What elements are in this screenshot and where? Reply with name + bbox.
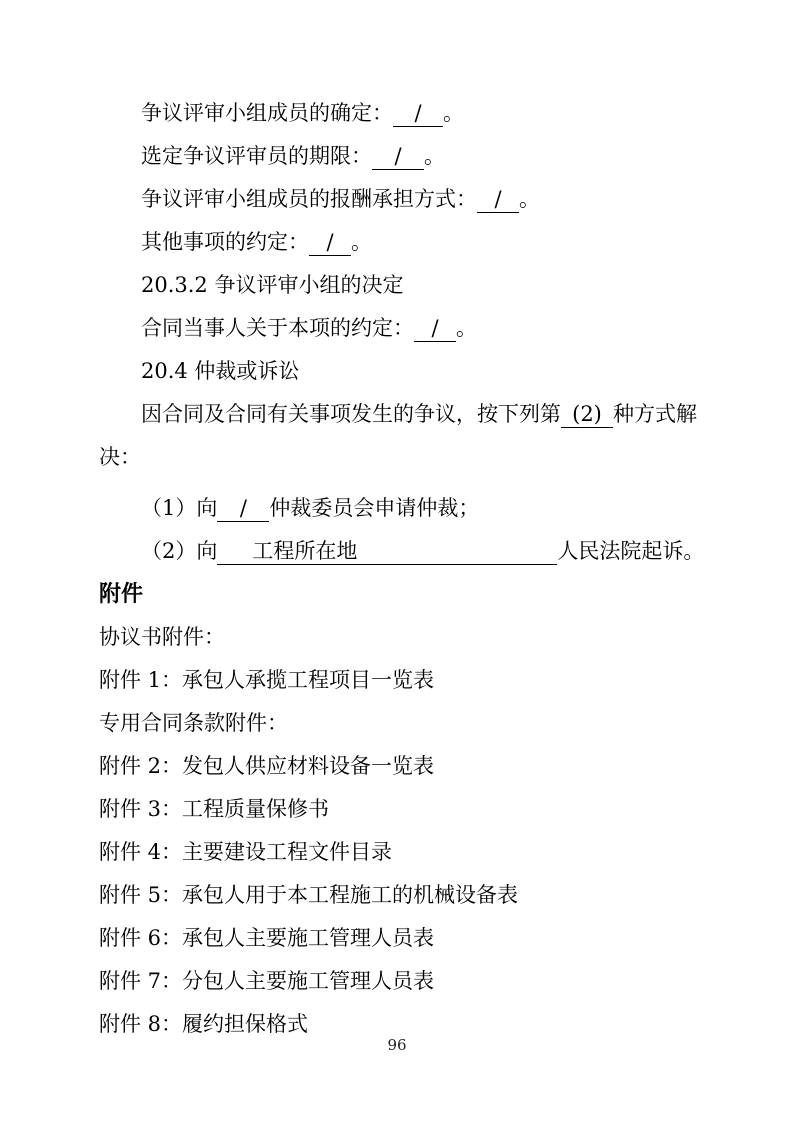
text-run: 。 (456, 316, 477, 340)
agreement-attachments-label: 协议书附件： (99, 616, 704, 659)
dispute-resolution-method-line-2: 决： (99, 436, 704, 479)
dispute-panel-member-determination: 争议评审小组成员的确定：/。 (99, 92, 704, 135)
text-run: 附件 3：工程质量保修书 (99, 797, 329, 821)
text-run: （2）向 (141, 539, 217, 563)
text-run: 争议评审小组成员的报酬承担方式： (141, 187, 477, 211)
review-member-selection-period: 选定争议评审员的期限：/。 (99, 135, 704, 178)
party-agreement-on-item: 合同当事人关于本项的约定：/。 (99, 307, 704, 350)
fill-in-blank-underline: / (372, 143, 424, 170)
text-run: 其他事项的约定： (141, 230, 309, 254)
attachment-5: 附件 5：承包人用于本工程施工的机械设备表 (99, 874, 704, 917)
option-1-arbitration: （1）向/仲裁委员会申请仲裁； (99, 487, 704, 530)
text-run: 附件 6：承包人主要施工管理人员表 (99, 926, 434, 950)
text-run: 。 (424, 144, 445, 168)
special-terms-attachments-label: 专用合同条款附件： (99, 702, 704, 745)
text-run: 协议书附件： (99, 625, 225, 649)
text-run: 。 (519, 187, 540, 211)
clause-20-3-2-heading: 20.3.2 争议评审小组的决定 (99, 264, 704, 307)
fill-in-blank-underline (217, 538, 252, 565)
fill-in-blank-underline: / (414, 315, 456, 342)
fill-in-blank-underline: / (393, 100, 443, 127)
text-run: 附件 7：分包人主要施工管理人员表 (99, 969, 434, 993)
text-run: 。 (443, 101, 464, 125)
text-run: 附件 2：发包人供应材料设备一览表 (99, 754, 434, 778)
text-run: （1）向 (141, 496, 217, 520)
attachment-7: 附件 7：分包人主要施工管理人员表 (99, 960, 704, 1003)
text-run: 附件 4：主要建设工程文件目录 (99, 840, 392, 864)
fill-in-blank-underline: / (217, 495, 269, 522)
text-run: 因合同及合同有关事项发生的争议，按下列第 (141, 402, 561, 426)
text-run: 。 (351, 230, 372, 254)
text-run: 附件 (99, 581, 143, 607)
text-run: 种方式解 (613, 402, 697, 426)
attachment-1: 附件 1：承包人承揽工程项目一览表 (99, 659, 704, 702)
dispute-resolution-method-line-1: 因合同及合同有关事项发生的争议，按下列第(2)种方式解 (99, 393, 704, 436)
remuneration-bearing-method: 争议评审小组成员的报酬承担方式：/。 (99, 178, 704, 221)
text-run: 附件 1：承包人承揽工程项目一览表 (99, 668, 434, 692)
text-run: 附件 8：履约担保格式 (99, 1012, 308, 1036)
text-run: 争议评审小组成员的确定： (141, 101, 393, 125)
text-run: 选定争议评审员的期限： (141, 144, 372, 168)
text-run: 合同当事人关于本项的约定： (141, 316, 414, 340)
fill-in-blank-underline: 工程所在地 (252, 538, 357, 565)
text-run: 附件 5：承包人用于本工程施工的机械设备表 (99, 883, 518, 907)
attachment-3: 附件 3：工程质量保修书 (99, 788, 704, 831)
attachments-heading: 附件 (99, 573, 704, 616)
other-matters-agreement: 其他事项的约定：/。 (99, 221, 704, 264)
contract-document-page: 争议评审小组成员的确定：/。选定争议评审员的期限：/。争议评审小组成员的报酬承担… (0, 0, 794, 1122)
attachment-2: 附件 2：发包人供应材料设备一览表 (99, 745, 704, 788)
text-run: 专用合同条款附件： (99, 711, 288, 735)
fill-in-blank-underline: / (477, 186, 519, 213)
fill-in-blank-underline: (2) (561, 401, 613, 428)
fill-in-blank-underline (357, 538, 557, 565)
fill-in-blank-underline: / (309, 229, 351, 256)
clause-20-4-heading: 20.4 仲裁或诉讼 (99, 350, 704, 393)
text-run: 仲裁委员会申请仲裁； (269, 496, 479, 520)
text-run: 决： (99, 445, 141, 469)
page-number: 96 (0, 1034, 794, 1056)
text-run: 人民法院起诉。 (557, 539, 704, 563)
attachment-6: 附件 6：承包人主要施工管理人员表 (99, 917, 704, 960)
document-body: 争议评审小组成员的确定：/。选定争议评审员的期限：/。争议评审小组成员的报酬承担… (0, 0, 794, 1046)
text-run: 20.3.2 争议评审小组的决定 (141, 273, 403, 297)
text-run: 20.4 仲裁或诉讼 (141, 359, 299, 383)
option-2-litigation: （2）向 工程所在地 人民法院起诉。 (99, 530, 704, 573)
attachment-4: 附件 4：主要建设工程文件目录 (99, 831, 704, 874)
